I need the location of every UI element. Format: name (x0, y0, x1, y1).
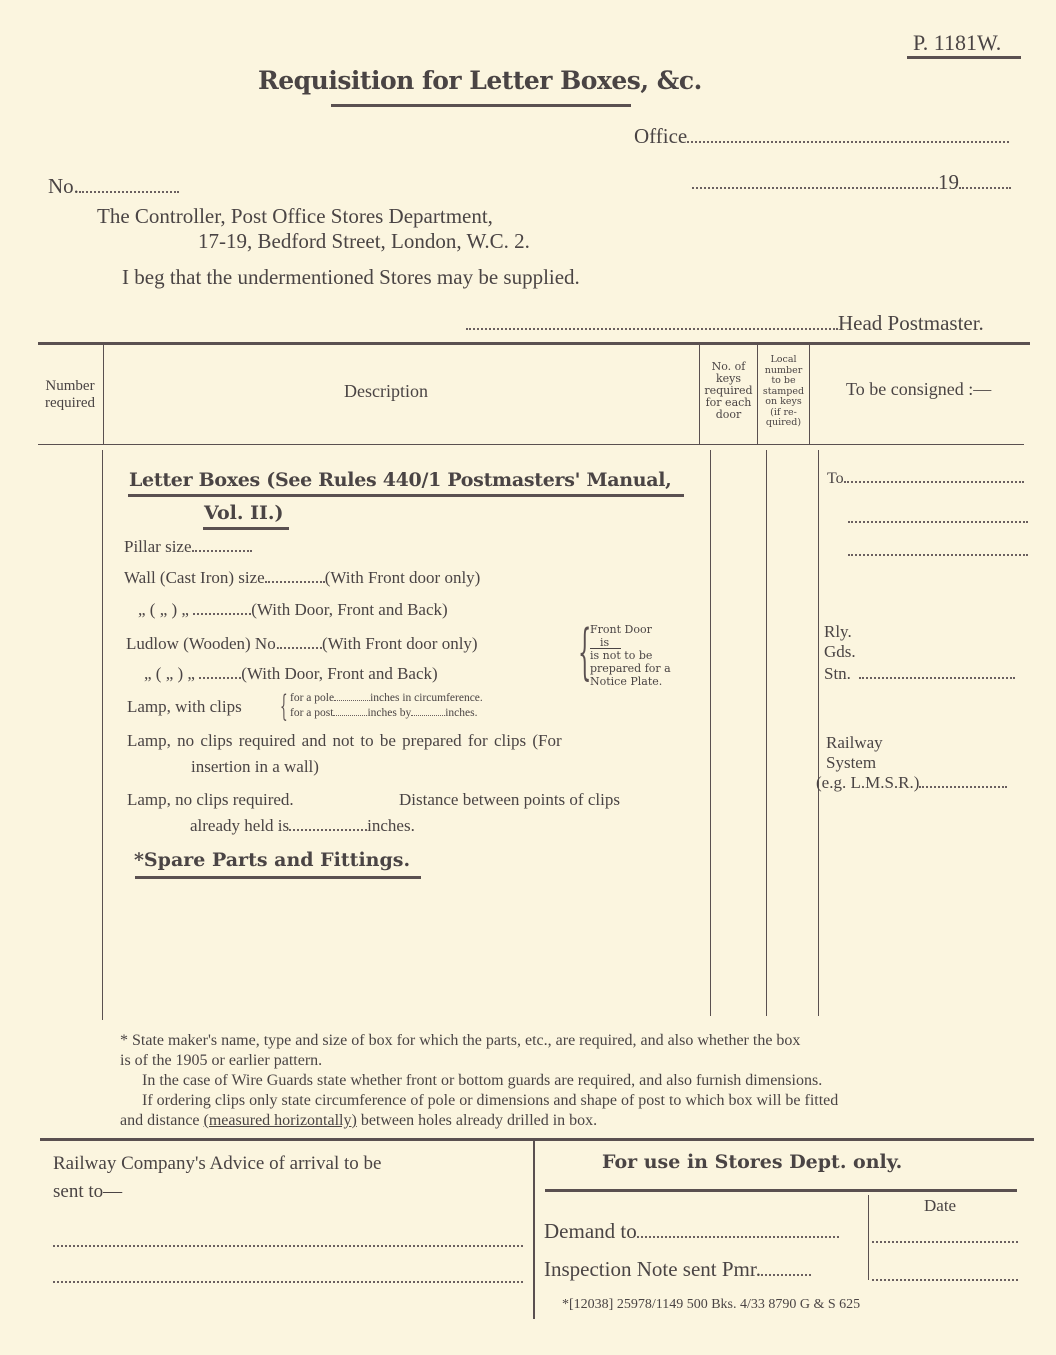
col-divider-consign-body (818, 450, 819, 1016)
lamp-clips-options[interactable]: for a poleinches in circumference. for a… (290, 691, 483, 721)
inspection-note-field[interactable]: Inspection Note sent Pmr. (544, 1257, 811, 1282)
print-code: *[12038] 25978/1149 500 Bks. 4/33 8790 G… (562, 1297, 860, 1313)
demand-date-field[interactable] (872, 1228, 1018, 1247)
lamp-with-clips-label: Lamp, with clips (127, 697, 242, 717)
section-title-vol: Vol. II.) (204, 502, 284, 524)
railway-advice-line-1[interactable] (53, 1232, 523, 1251)
ludlow-front-back-field[interactable]: „ ( „ ) „ (With Door, Front and Back) (144, 664, 438, 684)
lamp-no-clips-line-2: insertion in a wall) (191, 757, 319, 777)
table-header-rule (38, 444, 1024, 445)
wall-front-back-field[interactable]: „ ( „ ) „ (With Door, Front and Back) (138, 600, 448, 620)
section-title-underline-1 (128, 494, 684, 497)
demand-to-field[interactable]: Demand to (544, 1219, 839, 1244)
office-field[interactable]: Office (634, 124, 1009, 149)
table-top-rule (38, 342, 1030, 345)
footer-divider (533, 1141, 535, 1319)
col-divider-keys-body (710, 450, 711, 1016)
number-label: No. (48, 174, 79, 198)
consign-railway-system-field[interactable]: (e.g. L.M.S.R.) (816, 773, 1007, 793)
footnotes: * State maker's name, type and size of b… (120, 1031, 838, 1131)
consign-to-line-3[interactable] (848, 541, 1028, 560)
brace-icon: { (280, 692, 288, 722)
col-divider-local-body (766, 450, 767, 1016)
stores-date-divider (868, 1195, 869, 1280)
railway-advice-label: Railway Company's Advice of arrival to b… (53, 1150, 381, 1206)
header-keys-required: No. of keys required for each door (700, 361, 757, 421)
header-number-required: Number required (38, 378, 102, 412)
lamp-no-clips-required[interactable]: Lamp, no clips required. (127, 790, 294, 810)
form-title: Requisition for Letter Boxes, &c. (258, 66, 702, 95)
note-line-5: and distance (measured horizontally) bet… (120, 1111, 838, 1131)
section-title-letter-boxes: Letter Boxes (See Rules 440/1 Postmaster… (129, 469, 672, 491)
lamp-distance-label: Distance between points of clips (399, 790, 620, 810)
signature-label: Head Postmaster. (838, 311, 984, 335)
lamp-distance-field[interactable]: already held isinches. (190, 816, 415, 836)
notice-plate-options[interactable]: Front Door is is not to be prepared for … (590, 623, 671, 688)
lamp-no-clips-line-1[interactable]: Lamp, no clips required and not to be pr… (127, 731, 562, 751)
consign-to-field[interactable]: To (827, 470, 1024, 488)
header-description: Description (344, 381, 428, 402)
address-line-1: The Controller, Post Office Stores Depar… (97, 204, 493, 229)
header-to-be-consigned: To be consigned :— (846, 379, 991, 400)
consign-rly: Rly. Gds. (824, 622, 856, 662)
spare-parts-heading: *Spare Parts and Fittings. (134, 849, 410, 871)
date-field[interactable]: 19 (692, 170, 1011, 195)
section-title-underline-2 (203, 527, 289, 530)
inspection-date-field[interactable] (872, 1266, 1018, 1285)
ludlow-front-only-field[interactable]: Ludlow (Wooden) No.(With Front door only… (126, 634, 478, 654)
header-local-number: Local number to be stamped on keys (if r… (758, 355, 809, 429)
spare-parts-underline (135, 876, 421, 879)
address-line-2: 17-19, Bedford Street, London, W.C. 2. (198, 229, 530, 254)
railway-advice-line-2[interactable] (53, 1268, 523, 1287)
note-line-2: is of the 1905 or earlier pattern. (120, 1051, 838, 1071)
footer-top-rule (40, 1138, 1034, 1141)
stores-dept-rule (545, 1189, 1017, 1192)
col-divider-number (103, 345, 104, 445)
col-divider-consign-head (809, 345, 810, 445)
signature-field[interactable]: Head Postmaster. (466, 311, 984, 336)
title-underline (331, 104, 631, 107)
col-divider-number-body (102, 450, 103, 1020)
form-code: P. 1181W. (913, 30, 1001, 56)
consign-station-field[interactable]: Stn. (824, 664, 1015, 684)
pillar-size-field[interactable]: Pillar size (124, 537, 252, 557)
year-label: 19 (938, 170, 959, 194)
number-field[interactable]: No. (48, 174, 179, 199)
note-line-4: If ordering clips only state circumferen… (120, 1091, 838, 1111)
request-text: I beg that the undermentioned Stores may… (122, 265, 580, 290)
date-header: Date (924, 1196, 956, 1216)
note-line-1: * State maker's name, type and size of b… (120, 1031, 838, 1051)
office-label: Office (634, 124, 687, 148)
form-code-underline (907, 56, 1021, 59)
consign-to-line-2[interactable] (848, 508, 1028, 527)
wall-front-only-field[interactable]: Wall (Cast Iron) size(With Front door on… (124, 568, 480, 588)
stores-dept-title: For use in Stores Dept. only. (602, 1151, 902, 1173)
consign-railway-system: Railway System (826, 733, 883, 773)
note-line-3: In the case of Wire Guards state whether… (120, 1071, 838, 1091)
